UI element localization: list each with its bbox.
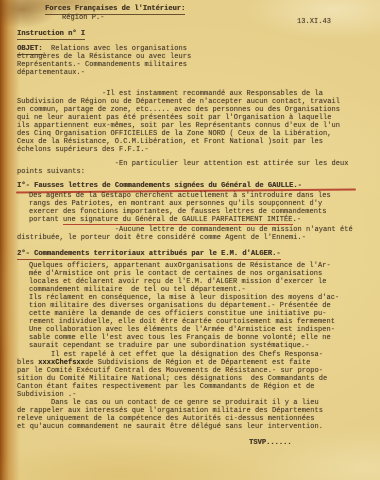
region-line: Région P.-: [62, 14, 105, 22]
strikeout-text: xxxxChefsxx: [38, 359, 85, 367]
underlined-phrase: une signature du Général de GAULLE PARFA…: [63, 216, 293, 225]
points-paragraph: -En particulier leur attention est attir…: [17, 160, 349, 176]
section-1-body: Des agents de la Gestapo cherchent actue…: [29, 192, 331, 224]
warning-paragraph: -Aucune lettre de commandement ou de mis…: [17, 226, 353, 242]
objet-block: OBJET: Relations avec les organisations …: [17, 45, 191, 77]
section-2-heading-text: 2°- Commandements territoriaux attribués…: [17, 250, 281, 260]
section-1-body-post: .-: [293, 216, 302, 224]
section-2-body: Quelques officiers, appartenant auxOrgan…: [29, 262, 339, 350]
doc-title: Instruction n° I: [17, 30, 85, 38]
document-page: Forces Françaises de l'Intérieur: Région…: [0, 0, 380, 480]
rappel-paragraph: Il est rapelé à cet effet que la désigna…: [17, 351, 327, 431]
footer-tsvp: TSVP......: [249, 439, 292, 447]
objet-text: Relations avec les organisations étrangè…: [17, 45, 191, 77]
org-title: Forces Françaises de l'Intérieur:: [45, 5, 185, 13]
doc-title-text: Instruction n° I: [17, 30, 85, 40]
date: 13.XI.43: [297, 18, 331, 26]
section-2-heading: 2°- Commandements territoriaux attribués…: [17, 250, 281, 258]
intro-paragraph: -Il est instamment recommandé aux Respon…: [17, 90, 340, 154]
rappel-post: de Subdivisions de Région et de Départem…: [17, 359, 327, 431]
